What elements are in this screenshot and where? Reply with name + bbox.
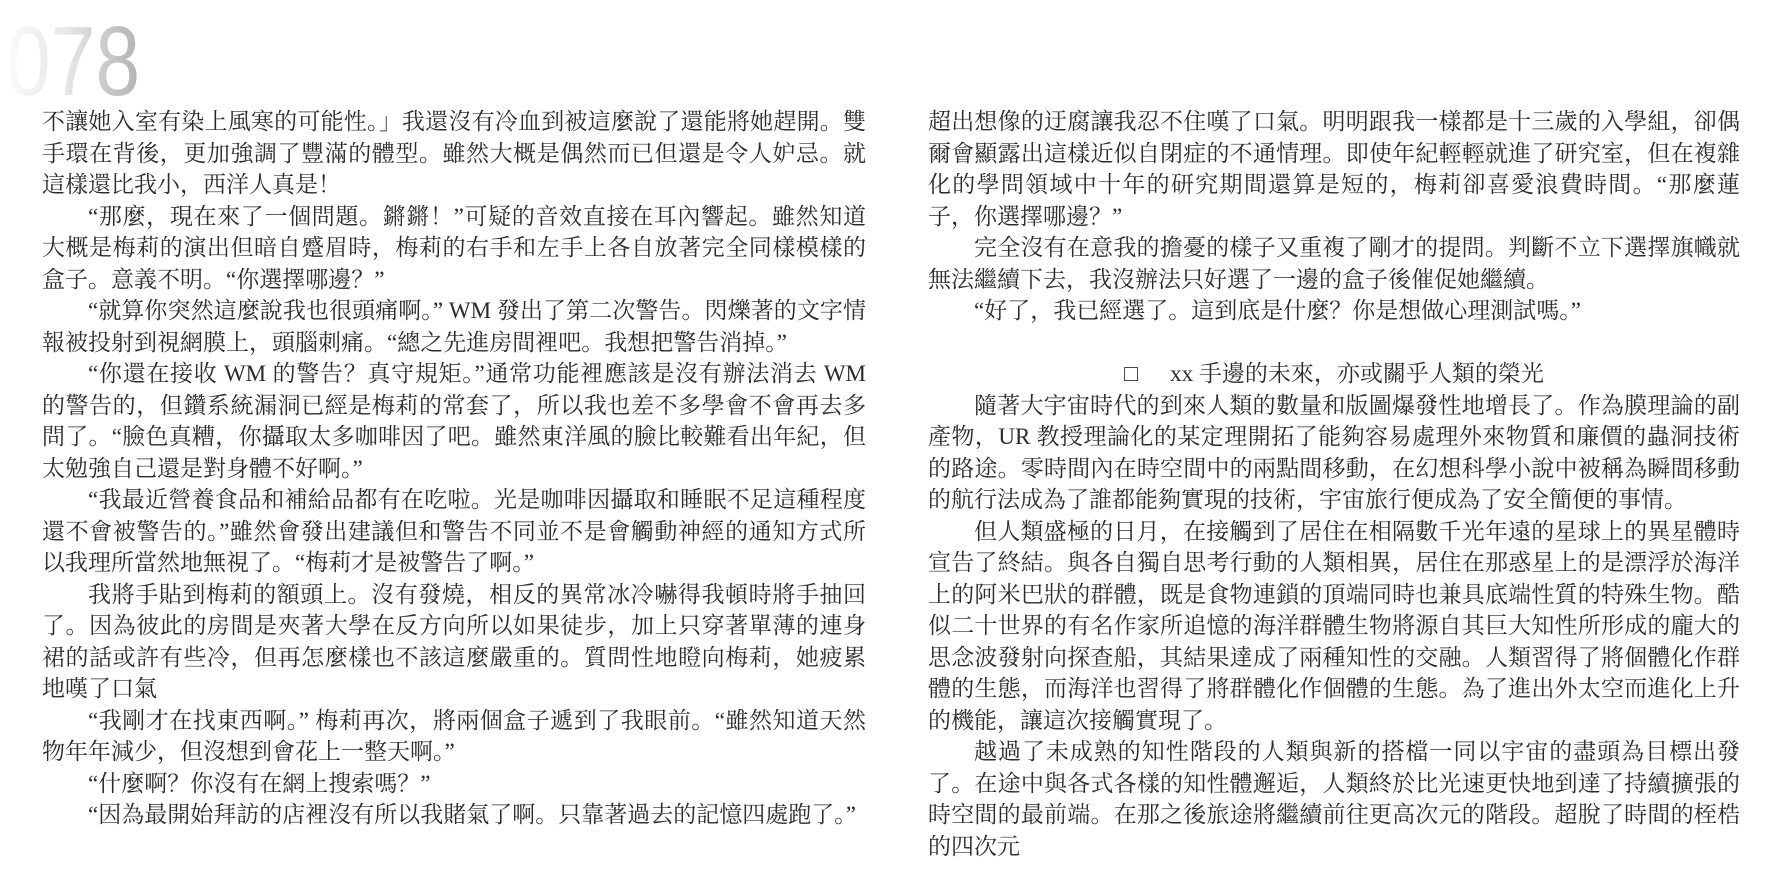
paragraph: “因為最開始拜訪的店裡沒有所以我賭氣了啊。只靠著過去的記憶四處跑了。” [42,799,866,831]
paragraph: “什麼啊？你沒有在網上搜索嗎？” [42,768,866,800]
right-page-text-column: 超出想像的迂腐讓我忍不住嘆了口氣。明明跟我一樣都是十三歲的入學組，卻偶爾會顯露出… [928,106,1740,862]
paragraph: 完全沒有在意我的擔憂的樣子又重複了剛才的提問。判斷不立下選擇旗幟就無法繼續下去，… [928,232,1740,295]
left-page-text-column: 不讓她入室有染上風寒的可能性。」我還沒有冷血到被這麼說了還能將她趕開。雙手環在背… [42,106,866,831]
section-heading-text: xx 手邊的未來，亦或關乎人類的榮光 [1170,361,1544,386]
section-heading: □xx 手邊的未來，亦或關乎人類的榮光 [928,358,1740,390]
paragraph: 我將手貼到梅莉的額頭上。沒有發燒，相反的異常冰冷嚇得我頓時將手抽回了。因為彼此的… [42,579,866,705]
paragraph: “就算你突然這麼說我也很頭痛啊。” WM 發出了第二次警告。閃爍著的文字情報被投… [42,295,866,358]
paragraph: “我最近營養食品和補給品都有在吃啦。光是咖啡因攝取和睡眠不足這種程度還不會被警告… [42,484,866,579]
paragraph: “我剛才在找東西啊。” 梅莉再次，將兩個盒子遞到了我眼前。“雖然知道天然物年年減… [42,705,866,768]
right-page-lower-paragraphs: 隨著大宇宙時代的到來人類的數量和版圖爆發性地增長了。作為膜理論的副產物，UR 教… [928,390,1740,863]
paragraph: 但人類盛極的日月，在接觸到了居住在相隔數千光年遠的星球上的異星體時宣告了終結。與… [928,516,1740,737]
white-square-icon: □ [1124,358,1138,390]
paragraph: 隨著大宇宙時代的到來人類的數量和版圖爆發性地增長了。作為膜理論的副產物，UR 教… [928,390,1740,516]
paragraph: 不讓她入室有染上風寒的可能性。」我還沒有冷血到被這麼說了還能將她趕開。雙手環在背… [42,106,866,201]
paragraph: “好了，我已經選了。這到底是什麼？你是想做心理測試嗎。” [928,295,1740,327]
paragraph: “那麼，現在來了一個問題。鏘鏘！”可疑的音效直接在耳內響起。雖然知道大概是梅莉的… [42,201,866,296]
paragraph: “你還在接收 WM 的警告？真守規矩。”通常功能裡應該是沒有辦法消去 WM 的警… [42,358,866,484]
paragraph: 超出想像的迂腐讓我忍不住嘆了口氣。明明跟我一樣都是十三歲的入學組，卻偶爾會顯露出… [928,106,1740,232]
right-page-upper-paragraphs: 超出想像的迂腐讓我忍不住嘆了口氣。明明跟我一樣都是十三歲的入學組，卻偶爾會顯露出… [928,106,1740,327]
paragraph: 越過了未成熟的知性階段的人類與新的搭檔一同以宇宙的盡頭為目標出發了。在途中與各式… [928,736,1740,862]
page-number: 078 [6,12,140,110]
